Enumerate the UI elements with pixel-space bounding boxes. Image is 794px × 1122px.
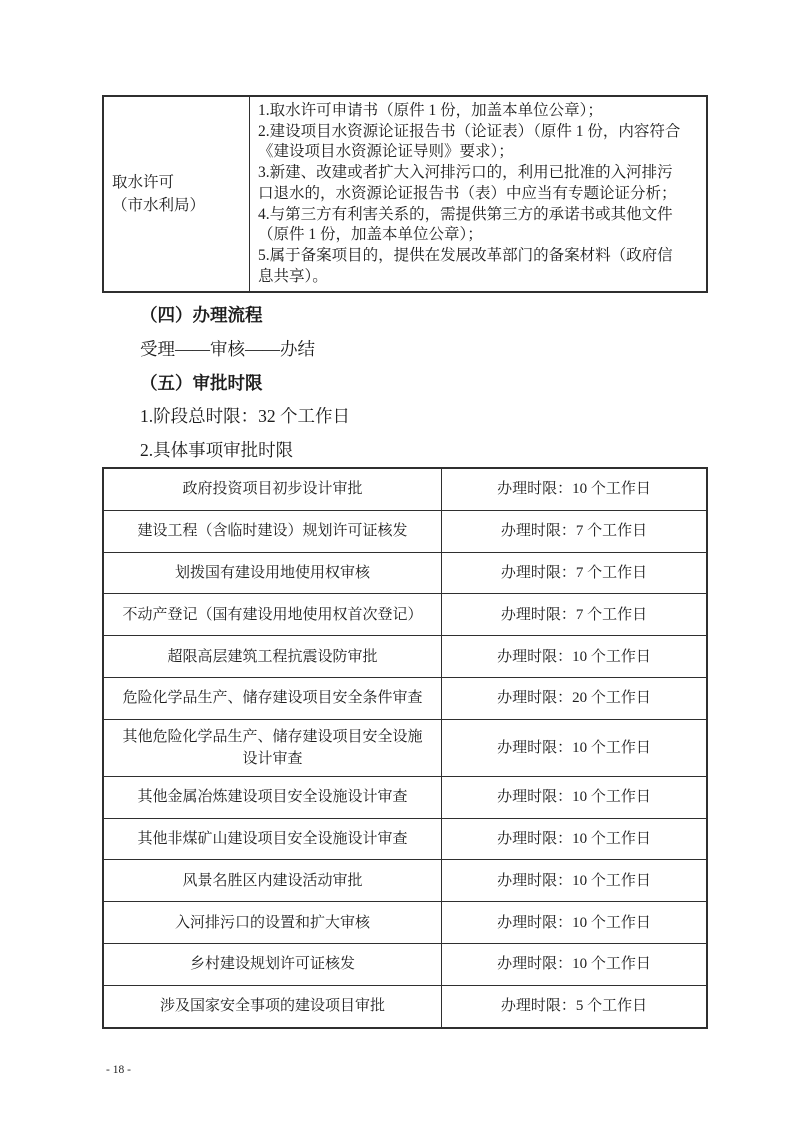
table-row: 政府投资项目初步设计审批 办理时限：10 个工作日 [104,469,706,510]
table-row: 乡村建设规划许可证核发 办理时限：10 个工作日 [104,943,706,985]
requirement-item: 4.与第三方有利害关系的，需提供第三方的承诺书或其他文件（原件 1 份，加盖本单… [258,205,686,246]
time-limit-cell: 办理时限：7 个工作日 [442,553,706,594]
permit-name-cell: 取水许可 （市水利局） [104,97,250,291]
time-limit-cell: 办理时限：10 个工作日 [442,902,706,943]
table-row: 划拨国有建设用地使用权审核 办理时限：7 个工作日 [104,552,706,594]
time-limit-cell: 办理时限：10 个工作日 [442,636,706,677]
approval-item-cell: 建设工程（含临时建设）规划许可证核发 [104,511,442,552]
time-limit-cell: 办理时限：7 个工作日 [442,594,706,635]
permit-agency: （市水利局） [112,194,249,217]
table-row: 超限高层建筑工程抗震设防审批 办理时限：10 个工作日 [104,635,706,677]
permit-name: 取水许可 [112,171,249,194]
table-row: 其他非煤矿山建设项目安全设施设计审查 办理时限：10 个工作日 [104,818,706,860]
section-5-heading: （五）审批时限 [140,367,350,401]
time-limit-cell: 办理时限：5 个工作日 [442,986,706,1027]
table-row: 入河排污口的设置和扩大审核 办理时限：10 个工作日 [104,901,706,943]
time-limit-cell: 办理时限：10 个工作日 [442,777,706,818]
total-time-limit-text: 1.阶段总时限：32 个工作日 [140,400,350,434]
specific-items-heading: 2.具体事项审批时限 [140,434,350,468]
approval-item-cell: 其他危险化学品生产、储存建设项目安全设施设计审查 [104,720,442,776]
page-number: - 18 - [106,1064,131,1076]
approval-item-cell: 政府投资项目初步设计审批 [104,469,442,510]
process-flow-text: 受理——审核——办结 [140,333,350,367]
time-limit-cell: 办理时限：20 个工作日 [442,678,706,719]
time-limit-cell: 办理时限：10 个工作日 [442,720,706,776]
time-limit-cell: 办理时限：10 个工作日 [442,469,706,510]
approval-item-cell: 其他金属冶炼建设项目安全设施设计审查 [104,777,442,818]
approval-item-cell: 危险化学品生产、储存建设项目安全条件审查 [104,678,442,719]
permit-requirements-cell: 1.取水许可申请书（原件 1 份，加盖本单位公章）； 2.建设项目水资源论证报告… [250,97,706,291]
table-row: 建设工程（含临时建设）规划许可证核发 办理时限：7 个工作日 [104,510,706,552]
requirement-item: 1.取水许可申请书（原件 1 份，加盖本单位公章）； [258,101,686,122]
approval-time-table: 政府投资项目初步设计审批 办理时限：10 个工作日 建设工程（含临时建设）规划许… [102,467,708,1029]
approval-item-cell: 入河排污口的设置和扩大审核 [104,902,442,943]
requirement-item: 5.属于备案项目的，提供在发展改革部门的备案材料（政府信息共享）。 [258,246,686,287]
approval-item-cell: 其他非煤矿山建设项目安全设施设计审查 [104,819,442,860]
permit-requirements-table: 取水许可 （市水利局） 1.取水许可申请书（原件 1 份，加盖本单位公章）； 2… [102,95,708,293]
requirement-item: 3.新建、改建或者扩大入河排污口的，利用已批准的入河排污口退水的，水资源论证报告… [258,163,686,204]
approval-item-cell: 超限高层建筑工程抗震设防审批 [104,636,442,677]
approval-item-cell: 划拨国有建设用地使用权审核 [104,553,442,594]
approval-item-cell: 乡村建设规划许可证核发 [104,944,442,985]
section-block: （四）办理流程 受理——审核——办结 （五）审批时限 1.阶段总时限：32 个工… [140,299,350,468]
time-limit-cell: 办理时限：7 个工作日 [442,511,706,552]
approval-item-cell: 不动产登记（国有建设用地使用权首次登记） [104,594,442,635]
time-limit-cell: 办理时限：10 个工作日 [442,944,706,985]
approval-item-cell: 涉及国家安全事项的建设项目审批 [104,986,442,1027]
time-limit-cell: 办理时限：10 个工作日 [442,819,706,860]
table-row: 危险化学品生产、储存建设项目安全条件审查 办理时限：20 个工作日 [104,677,706,719]
document-page: 取水许可 （市水利局） 1.取水许可申请书（原件 1 份，加盖本单位公章）； 2… [0,0,794,1122]
requirement-item: 2.建设项目水资源论证报告书（论证表）（原件 1 份，内容符合《建设项目水资源论… [258,122,686,163]
table-row: 涉及国家安全事项的建设项目审批 办理时限：5 个工作日 [104,985,706,1027]
time-limit-cell: 办理时限：10 个工作日 [442,860,706,901]
table-row: 其他金属冶炼建设项目安全设施设计审查 办理时限：10 个工作日 [104,776,706,818]
table-row: 其他危险化学品生产、储存建设项目安全设施设计审查 办理时限：10 个工作日 [104,719,706,776]
approval-item-cell: 风景名胜区内建设活动审批 [104,860,442,901]
table-row: 不动产登记（国有建设用地使用权首次登记） 办理时限：7 个工作日 [104,593,706,635]
table-row: 风景名胜区内建设活动审批 办理时限：10 个工作日 [104,859,706,901]
section-4-heading: （四）办理流程 [140,299,350,333]
